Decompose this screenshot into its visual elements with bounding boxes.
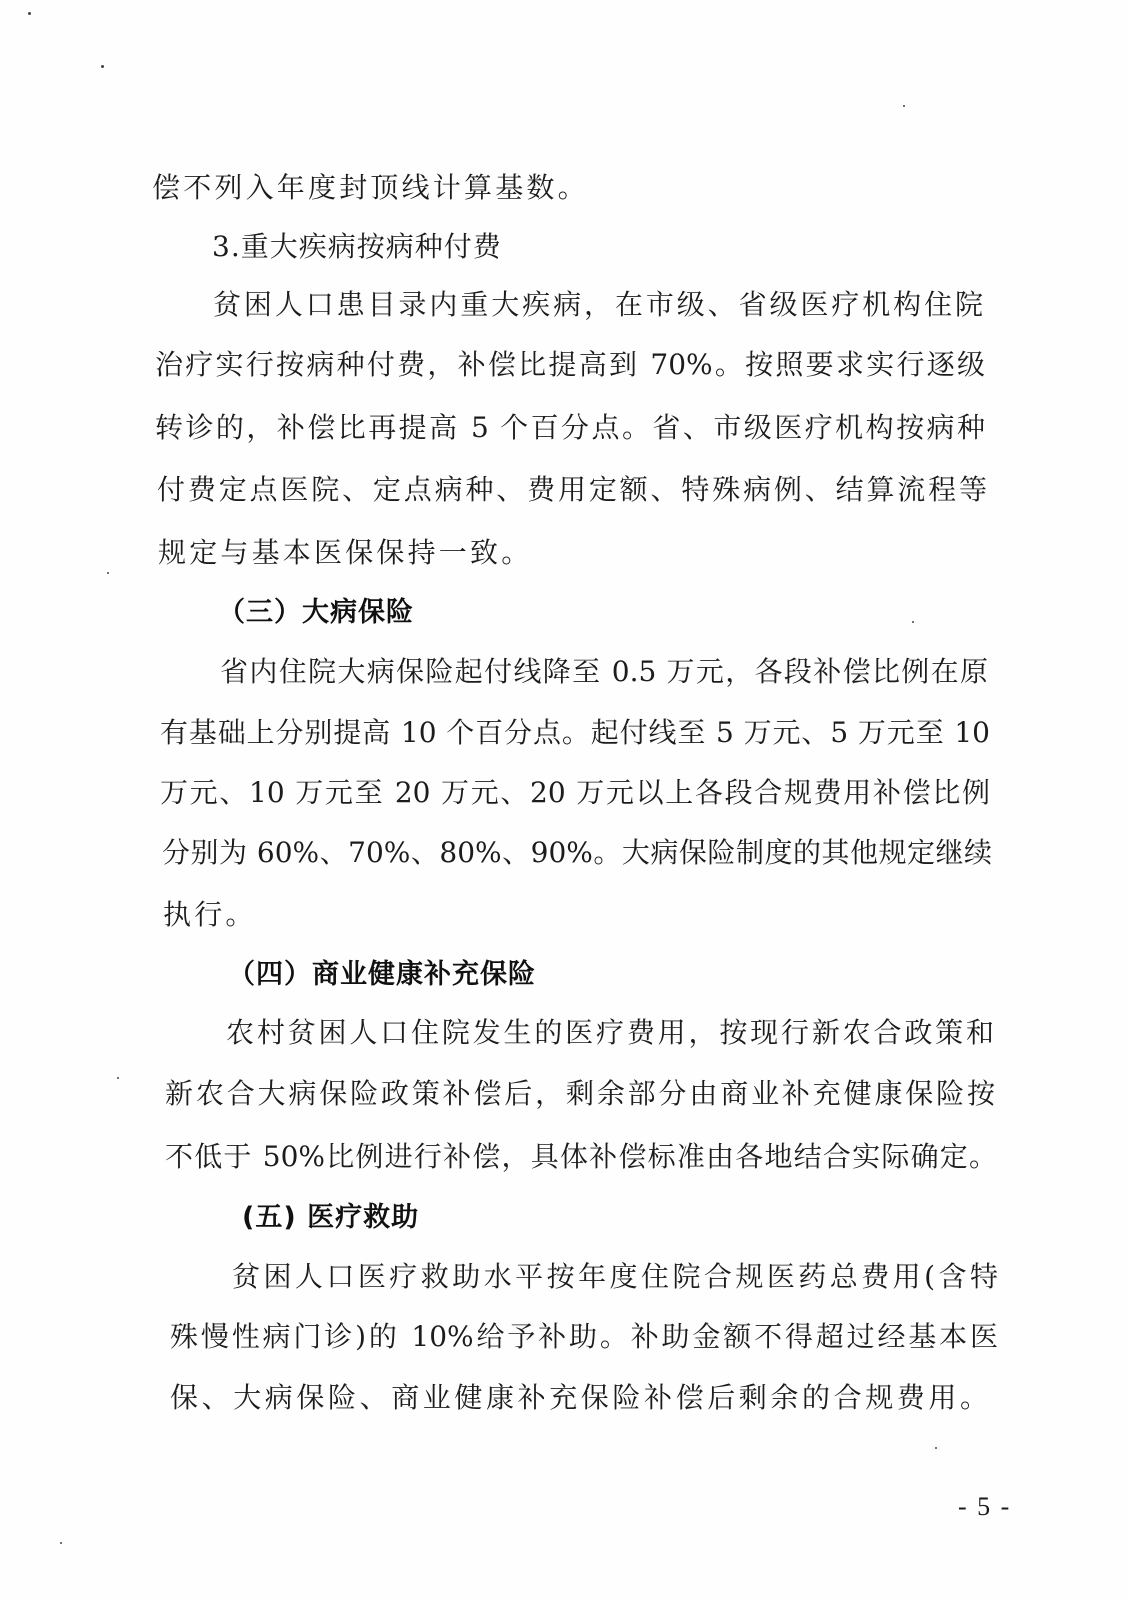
paragraph-line: 万元、10 万元至 20 万元、20 万元以上各段合规费用补偿比例 — [160, 775, 990, 811]
paragraph-line: 保、大病保险、商业健康补充保险补偿后剩余的合规费用。 — [170, 1380, 992, 1416]
paragraph-line: 省内住院大病保险起付线降至 0.5 万元，各段补偿比例在原 — [220, 654, 988, 690]
continuation-line: 偿不列入年度封顶线计算基数。 — [152, 170, 589, 206]
paragraph-line: 新农合大病保险政策补偿后，剩余部分由商业补充健康保险按 — [165, 1076, 995, 1112]
paragraph-line: 付费定点医院、定点病种、费用定额、特殊病例、结算流程等 — [157, 472, 987, 508]
paragraph-line: 转诊的，补偿比再提高 5 个百分点。省、市级医疗机构按病种 — [155, 410, 985, 446]
scan-speck — [117, 1077, 119, 1079]
paragraph-line: 贫困人口患目录内重大疾病，在市级、省级医疗机构住院 — [213, 287, 983, 323]
scan-speck — [60, 1542, 62, 1544]
paragraph-line: 规定与基本医保保持一致。 — [158, 535, 532, 571]
paragraph-line: 分别为 60%、70%、80%、90%。大病保险制度的其他规定继续 — [162, 835, 992, 871]
section-heading: （四）商业健康补充保险 — [228, 957, 536, 993]
paragraph-line: 执行。 — [163, 897, 257, 933]
scan-speck — [28, 12, 31, 15]
paragraph-line: 贫困人口医疗救助水平按年度住院合规医药总费用(含特 — [232, 1259, 998, 1295]
scan-speck — [935, 1447, 937, 1449]
paragraph-line: 殊慢性病门诊)的 10%给予补助。补助金额不得超过经基本医 — [170, 1319, 998, 1355]
document-page: 偿不列入年度封顶线计算基数。 3.重大疾病按病种付费 贫困人口患目录内重大疾病，… — [0, 0, 1128, 1600]
section-heading: (五) 医疗救助 — [242, 1200, 419, 1236]
scan-speck — [903, 105, 905, 107]
paragraph-line: 不低于 50%比例进行补偿，具体补偿标准由各地结合实际确定。 — [165, 1139, 997, 1175]
scan-speck — [107, 572, 109, 574]
section-heading: （三）大病保险 — [218, 595, 414, 631]
paragraph-line: 治疗实行按病种付费，补偿比提高到 70%。按照要求实行逐级 — [155, 347, 985, 383]
paragraph-line: 农村贫困人口住院发生的医疗费用，按现行新农合政策和 — [226, 1015, 994, 1051]
subsection-title: 3.重大疾病按病种付费 — [212, 229, 502, 265]
page-number: - 5 - — [958, 1492, 1011, 1522]
paragraph-line: 有基础上分别提高 10 个百分点。起付线至 5 万元、5 万元至 10 — [160, 715, 990, 751]
scan-speck — [912, 621, 914, 623]
scan-speck — [101, 65, 104, 68]
